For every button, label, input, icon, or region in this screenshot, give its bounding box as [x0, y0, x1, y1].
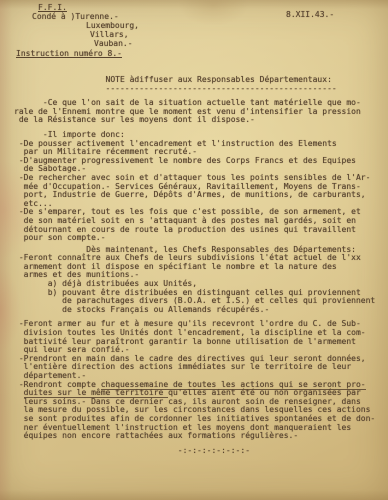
document-line: port, Industrie de Guerre, Dépôts d'Arme… — [14, 191, 386, 200]
end-separator: -:-:-:-:-:-:-:- — [14, 447, 386, 456]
addressee-line: Villars, — [90, 30, 129, 39]
document-date: 8.XII.43.- — [286, 10, 334, 19]
scanned-document-page: F.F.I. Condé à )Turenne.- Luxembourg, Vi… — [0, 0, 388, 500]
note-heading-rule: ----------------------------------------… — [14, 85, 386, 94]
document-line: pour son compte.- — [14, 234, 386, 243]
document-line: de la Résistance sur les moyens dont il … — [14, 116, 386, 125]
addressee-line: Vauban.- — [94, 39, 133, 48]
org-title: F.F.I. — [38, 3, 67, 12]
document-line: de stocks Français ou Allemands récupéré… — [14, 306, 386, 315]
document-line: équipes non encore rattachées aux format… — [14, 432, 386, 441]
document-body: NOTE àdiffuser aux Responsables Départem… — [14, 76, 386, 455]
instruction-title: Instruction numéro 8.- — [16, 49, 122, 58]
addressee-group-line: Condé à )Turenne.- — [32, 12, 119, 21]
addressee-line: Luxembourg, — [86, 21, 139, 30]
